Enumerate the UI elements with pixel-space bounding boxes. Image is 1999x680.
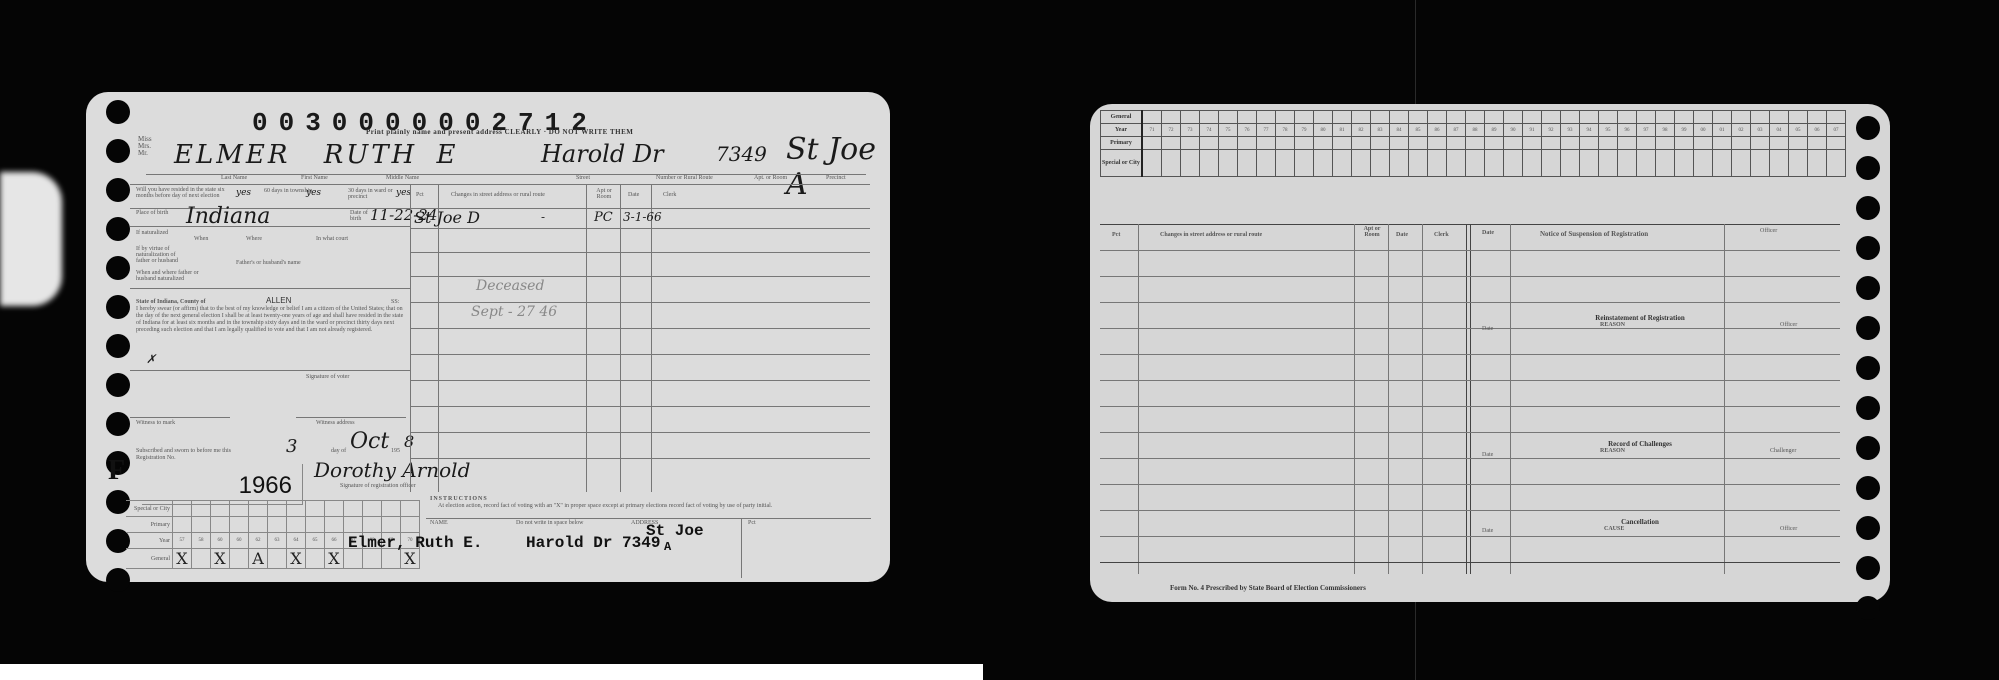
year-cell: 86 — [1428, 124, 1447, 137]
label-street: Street — [576, 175, 590, 181]
vote-cell — [1142, 150, 1162, 177]
label-number: Number or Rural Route — [656, 175, 713, 181]
challenges-reason-label: REASON — [1600, 448, 1625, 454]
col-date: Date — [628, 192, 639, 198]
year-cell: 81 — [1333, 124, 1352, 137]
vote-cell — [1352, 111, 1371, 124]
vote-cell — [1409, 150, 1428, 177]
vote-cell — [1675, 111, 1694, 124]
vote-cell — [1523, 137, 1542, 150]
change-row-1-change: - — [541, 210, 545, 224]
divider — [410, 252, 870, 253]
divider — [586, 184, 587, 492]
punch-hole — [1856, 476, 1880, 500]
vote-cell — [1333, 150, 1352, 177]
vote-cell — [1238, 137, 1257, 150]
vote-cell — [1181, 111, 1200, 124]
year-cell: 92 — [1542, 124, 1561, 137]
vote-cell — [1751, 137, 1770, 150]
vote-cell — [1238, 111, 1257, 124]
naturalized-label: If naturalized — [136, 230, 170, 236]
vote-cell — [1618, 111, 1637, 124]
vote-cell — [1333, 111, 1352, 124]
scanner-artifact — [0, 172, 62, 306]
vote-cell — [1827, 150, 1846, 177]
year-cell: 72 — [1162, 124, 1181, 137]
year-cell: 71 — [1142, 124, 1162, 137]
challenges-title: Record of Challenges — [1550, 440, 1730, 448]
vote-cell — [1428, 150, 1447, 177]
typed-address: Harold Dr 7349 — [526, 534, 660, 552]
instructions-text: At election action, record fact of votin… — [438, 503, 868, 510]
reinstatement-reason-label: REASON — [1600, 322, 1625, 328]
vote-cell — [1142, 137, 1162, 150]
vote-cell — [1219, 137, 1238, 150]
vote-mark — [268, 549, 287, 569]
challenger-label: Challenger — [1770, 448, 1796, 454]
label-first-name: First Name — [301, 175, 328, 181]
divider — [1100, 458, 1840, 459]
vote-cell — [1314, 137, 1333, 150]
vote-cell — [1675, 150, 1694, 177]
divider — [741, 518, 742, 578]
suspension-title: Notice of Suspension of Registration — [1540, 230, 1648, 238]
oath-county: ALLEN — [266, 296, 291, 305]
row-year-label: Year — [126, 533, 173, 549]
vote-cell — [1504, 111, 1523, 124]
vote-cell — [1770, 111, 1789, 124]
divider — [620, 184, 621, 492]
vote-cell — [1390, 137, 1409, 150]
year-cell: 91 — [1523, 124, 1542, 137]
vote-cell — [1808, 137, 1827, 150]
vote-cell — [1599, 137, 1618, 150]
suspension-officer-label: Officer — [1760, 228, 1777, 234]
official-signature-label: Signature of registration officer — [340, 483, 416, 489]
cancellation-title: Cancellation — [1550, 518, 1730, 526]
vote-cell — [1637, 150, 1656, 177]
challenges-date-label: Date — [1482, 452, 1493, 458]
do-not-write-note: Do not write in space below — [516, 520, 583, 526]
divider — [1100, 354, 1840, 355]
vote-cell — [1162, 111, 1181, 124]
year-cell: 60 — [211, 533, 230, 549]
divider — [410, 406, 870, 407]
vote-cell — [1808, 150, 1827, 177]
punch-hole — [106, 295, 130, 319]
divider — [651, 184, 652, 492]
when-where-label: When and where father or husband natural… — [136, 270, 216, 282]
vote-cell — [1808, 111, 1827, 124]
alpha-index-letter: F — [108, 455, 125, 487]
footer-name-label: NAME — [430, 520, 448, 526]
col-date: Date — [1396, 232, 1408, 238]
oath-ss: SS: — [391, 299, 399, 305]
col-apt: Apt or Room — [1358, 226, 1386, 238]
vote-cell — [1732, 150, 1751, 177]
vote-cell — [1713, 111, 1732, 124]
year-cell: 96 — [1618, 124, 1637, 137]
col-changes: Changes in street address or rural route — [451, 192, 545, 198]
vote-cell — [1637, 111, 1656, 124]
divider — [130, 184, 870, 185]
registration-number: 1966 — [239, 472, 292, 500]
vote-cell — [1371, 111, 1390, 124]
punch-hole — [106, 568, 130, 592]
punch-hole — [106, 178, 130, 202]
salutation-mr: Mr. — [138, 150, 152, 157]
vote-cell — [1352, 137, 1371, 150]
row-general-label: General — [126, 549, 173, 569]
year-cell: 60 — [230, 533, 249, 549]
vote-cell — [1732, 137, 1751, 150]
punch-hole — [1856, 236, 1880, 260]
vote-cell — [1238, 150, 1257, 177]
form-footer: Form No. 4 Prescribed by State Board of … — [1170, 584, 1366, 592]
vote-mark: X — [211, 549, 230, 569]
by-virtue-label: If by virtue of naturalization of father… — [136, 246, 188, 264]
year-cell: 85 — [1409, 124, 1428, 137]
vote-cell — [1295, 137, 1314, 150]
vote-cell — [1142, 111, 1162, 124]
vote-cell — [1599, 150, 1618, 177]
divider — [426, 518, 871, 519]
year-cell: 07 — [1827, 124, 1846, 137]
voter-name-handwritten: ELMER RUTH E — [174, 140, 458, 170]
vote-cell — [1694, 150, 1713, 177]
vote-cell — [1580, 137, 1599, 150]
vote-cell — [1371, 137, 1390, 150]
vote-cell — [1637, 137, 1656, 150]
divider — [1100, 250, 1840, 251]
vote-cell — [1713, 137, 1732, 150]
cancellation-date-label: Date — [1482, 528, 1493, 534]
registration-number-box: 1966 — [142, 464, 303, 505]
vote-cell — [1200, 111, 1219, 124]
witness-address-label: Witness address — [316, 420, 355, 426]
year-cell: 95 — [1599, 124, 1618, 137]
typed-precinct-letter: A — [664, 540, 671, 554]
vote-cell — [1485, 111, 1504, 124]
registration-card-back: General Year7172737475767778798081828384… — [1090, 104, 1890, 602]
change-row-1-pct: St Joe D — [414, 208, 480, 227]
row-primary-label: Primary — [1101, 137, 1143, 150]
year-cell: 58 — [192, 533, 211, 549]
suspension-date-label: Date — [1482, 230, 1494, 236]
year-cell: 90 — [1504, 124, 1523, 137]
vote-cell — [1770, 150, 1789, 177]
row-special-label: Special or City — [1101, 150, 1143, 177]
year-cell: 01 — [1713, 124, 1732, 137]
punch-hole — [106, 334, 130, 358]
vote-cell — [1200, 150, 1219, 177]
label-middle-name: Middle Name — [386, 175, 419, 181]
state-residency-answer: yes — [236, 188, 251, 198]
typed-precinct: St Joe — [646, 522, 704, 540]
vote-cell — [1523, 111, 1542, 124]
col-pct: Pct — [1112, 232, 1120, 238]
punch-hole — [106, 217, 130, 241]
divider — [1100, 276, 1840, 277]
vote-cell — [1447, 137, 1466, 150]
vote-cell — [1276, 111, 1295, 124]
divider — [1100, 536, 1840, 537]
first-name: RUTH — [324, 140, 418, 170]
vote-mark: A — [249, 549, 268, 569]
vote-cell — [1542, 111, 1561, 124]
divider — [1100, 484, 1840, 485]
vote-cell — [1770, 137, 1789, 150]
year-cell: 87 — [1447, 124, 1466, 137]
label-apt: Apt. or Room — [754, 175, 787, 181]
divider — [410, 276, 870, 277]
punch-hole — [1856, 556, 1880, 580]
reinstatement-title: Reinstatement of Registration — [1550, 314, 1730, 322]
year-cell: 74 — [1200, 124, 1219, 137]
punch-hole — [1856, 596, 1880, 620]
voter-signature-label: Signature of voter — [306, 374, 349, 380]
vote-cell — [1656, 111, 1675, 124]
vote-cell — [1219, 111, 1238, 124]
row-special-label: Special or City — [126, 501, 173, 517]
vote-cell — [1257, 111, 1276, 124]
punch-hole — [1856, 516, 1880, 540]
punch-hole — [106, 100, 130, 124]
vote-cell — [1694, 111, 1713, 124]
vote-cell — [1162, 137, 1181, 150]
reinstatement-officer-label: Officer — [1780, 322, 1797, 328]
vote-cell — [1295, 111, 1314, 124]
vote-cell — [1276, 150, 1295, 177]
vote-cell — [1656, 137, 1675, 150]
divider — [1100, 328, 1840, 329]
vote-cell — [1504, 150, 1523, 177]
typed-voter-name: Elmer, Ruth E. — [348, 534, 482, 552]
vote-cell — [1789, 137, 1808, 150]
vote-cell — [1314, 150, 1333, 177]
vote-cell — [1295, 150, 1314, 177]
oath-text: I hereby swear (or affirm) that to the b… — [136, 306, 404, 334]
vote-mark: X — [325, 549, 344, 569]
witness-label: Witness to mark — [136, 420, 175, 426]
punch-hole — [1856, 276, 1880, 300]
label-last-name: Last Name — [221, 175, 247, 181]
divider — [1100, 432, 1840, 433]
vote-cell — [1276, 137, 1295, 150]
vote-cell — [1181, 150, 1200, 177]
vote-cell — [1789, 111, 1808, 124]
vote-cell — [1827, 137, 1846, 150]
divider — [410, 354, 870, 355]
vote-cell — [1181, 137, 1200, 150]
divider — [410, 458, 870, 459]
last-name: ELMER — [174, 140, 290, 170]
day-of-label: day of — [331, 448, 346, 454]
change-row-1-apt: PC — [594, 210, 613, 225]
vote-cell — [1561, 150, 1580, 177]
year-cell: 76 — [1238, 124, 1257, 137]
father-husband-label: Father's or husband's name — [236, 260, 301, 266]
year-prefix: 195 — [391, 448, 400, 454]
vote-cell — [1447, 150, 1466, 177]
subscribed-day: 3 — [286, 436, 297, 457]
year-cell: 02 — [1732, 124, 1751, 137]
vote-cell — [1542, 137, 1561, 150]
registration-no-label: Registration No. — [136, 455, 176, 461]
scan-border — [0, 664, 983, 680]
vote-cell — [1618, 150, 1637, 177]
vote-mark: X — [287, 549, 306, 569]
vote-cell — [1390, 150, 1409, 177]
registration-card-front: 0030000002712 Print plainly name and pre… — [86, 92, 890, 582]
year-cell: 78 — [1276, 124, 1295, 137]
vote-cell — [1162, 150, 1181, 177]
change-row-2-note: Deceased — [476, 278, 544, 294]
year-cell: 04 — [1770, 124, 1789, 137]
vote-cell — [1257, 150, 1276, 177]
year-cell: 00 — [1694, 124, 1713, 137]
vote-cell — [1713, 150, 1732, 177]
vote-mark — [230, 549, 249, 569]
year-cell: 65 — [306, 533, 325, 549]
vote-cell — [1751, 111, 1770, 124]
street-handwritten: Harold Dr — [541, 140, 664, 168]
vote-cell — [1314, 111, 1333, 124]
year-cell: 98 — [1656, 124, 1675, 137]
vote-cell — [1599, 111, 1618, 124]
year-cell: 82 — [1352, 124, 1371, 137]
vote-cell — [1371, 150, 1390, 177]
middle-name: E — [436, 140, 458, 170]
year-cell: 73 — [1181, 124, 1200, 137]
year-cell: 94 — [1580, 124, 1599, 137]
year-cell: 64 — [287, 533, 306, 549]
year-cell: 99 — [1675, 124, 1694, 137]
divider — [410, 302, 870, 303]
subscribed-month: Oct — [350, 429, 389, 454]
vote-cell — [1219, 150, 1238, 177]
year-cell: 77 — [1257, 124, 1276, 137]
year-cell: 63 — [268, 533, 287, 549]
witness-address-line — [296, 417, 406, 418]
vote-cell — [1580, 111, 1599, 124]
change-row-3-note: Sept - 27 46 — [471, 304, 557, 320]
year-cell: 83 — [1371, 124, 1390, 137]
vote-mark — [306, 549, 325, 569]
vote-cell — [1789, 150, 1808, 177]
vote-cell — [1561, 137, 1580, 150]
vote-cell — [1428, 111, 1447, 124]
vote-cell — [1409, 111, 1428, 124]
reinstatement-date-label: Date — [1482, 326, 1493, 332]
vote-cell — [1542, 150, 1561, 177]
vote-cell — [1675, 137, 1694, 150]
voter-mark: ✗ — [146, 352, 156, 366]
vote-cell — [1200, 137, 1219, 150]
official-signature: Dorothy Arnold — [314, 458, 470, 482]
year-cell: 57 — [173, 533, 192, 549]
row-year-label: Year — [1101, 124, 1143, 137]
vote-cell — [1485, 150, 1504, 177]
vote-cell — [1466, 111, 1485, 124]
cancellation-cause-label: CAUSE — [1604, 526, 1624, 532]
residency-question: Will you have resided in the state six m… — [136, 187, 226, 199]
vote-cell — [1751, 150, 1770, 177]
subscribed-label: Subscribed and sworn to before me this — [136, 448, 231, 454]
divider — [410, 328, 870, 329]
year-cell: 89 — [1485, 124, 1504, 137]
house-number-handwritten: 7349 — [716, 142, 767, 166]
year-cell: 03 — [1751, 124, 1770, 137]
vote-cell — [1447, 111, 1466, 124]
year-cell: 62 — [249, 533, 268, 549]
divider — [130, 226, 410, 227]
vote-mark — [192, 549, 211, 569]
vote-cell — [1352, 150, 1371, 177]
vote-cell — [1428, 137, 1447, 150]
punch-hole — [1856, 316, 1880, 340]
divider — [410, 228, 870, 229]
divider — [1100, 302, 1840, 303]
print-instruction: Print plainly name and present address C… — [366, 128, 633, 136]
vote-cell — [1827, 111, 1846, 124]
change-row-1-date: 3-1-66 — [623, 210, 662, 224]
where-label: Where — [246, 236, 262, 242]
punch-holes-right — [1856, 116, 1880, 620]
col-apt: Apt or Room — [590, 188, 618, 200]
vote-cell — [1561, 111, 1580, 124]
col-clerk: Clerk — [663, 192, 676, 198]
year-cell: 05 — [1789, 124, 1808, 137]
punch-hole — [1856, 356, 1880, 380]
vote-cell — [1580, 150, 1599, 177]
divider — [1100, 562, 1840, 563]
punch-hole — [106, 373, 130, 397]
vote-cell — [1618, 137, 1637, 150]
col-pct: Pct — [416, 192, 424, 198]
vote-cell — [1504, 137, 1523, 150]
divider — [130, 288, 410, 289]
divider — [410, 380, 870, 381]
col-clerk: Clerk — [1434, 232, 1449, 238]
ward-answer: yes — [396, 188, 411, 198]
year-cell: 75 — [1219, 124, 1238, 137]
punch-hole — [1856, 196, 1880, 220]
vote-cell — [1333, 137, 1352, 150]
instructions-title: INSTRUCTIONS — [430, 496, 488, 502]
oath-state: State of Indiana, County of — [136, 299, 206, 305]
vote-cell — [1656, 150, 1675, 177]
punch-hole — [106, 412, 130, 436]
divider — [410, 184, 411, 492]
punch-hole — [1856, 436, 1880, 460]
punch-hole — [106, 139, 130, 163]
year-cell: 93 — [1561, 124, 1580, 137]
witness-line — [130, 417, 230, 418]
vote-cell — [1694, 137, 1713, 150]
punch-hole — [1856, 116, 1880, 140]
vote-cell — [1257, 137, 1276, 150]
year-cell: 06 — [1808, 124, 1827, 137]
township-answer: yes — [306, 188, 321, 198]
signature-line — [130, 370, 410, 371]
vote-cell — [1409, 137, 1428, 150]
divider — [1100, 510, 1840, 511]
label-precinct: Precinct — [826, 175, 846, 181]
divider — [410, 432, 870, 433]
year-cell: 97 — [1637, 124, 1656, 137]
col-changes: Changes in street address or rural route — [1160, 232, 1262, 238]
